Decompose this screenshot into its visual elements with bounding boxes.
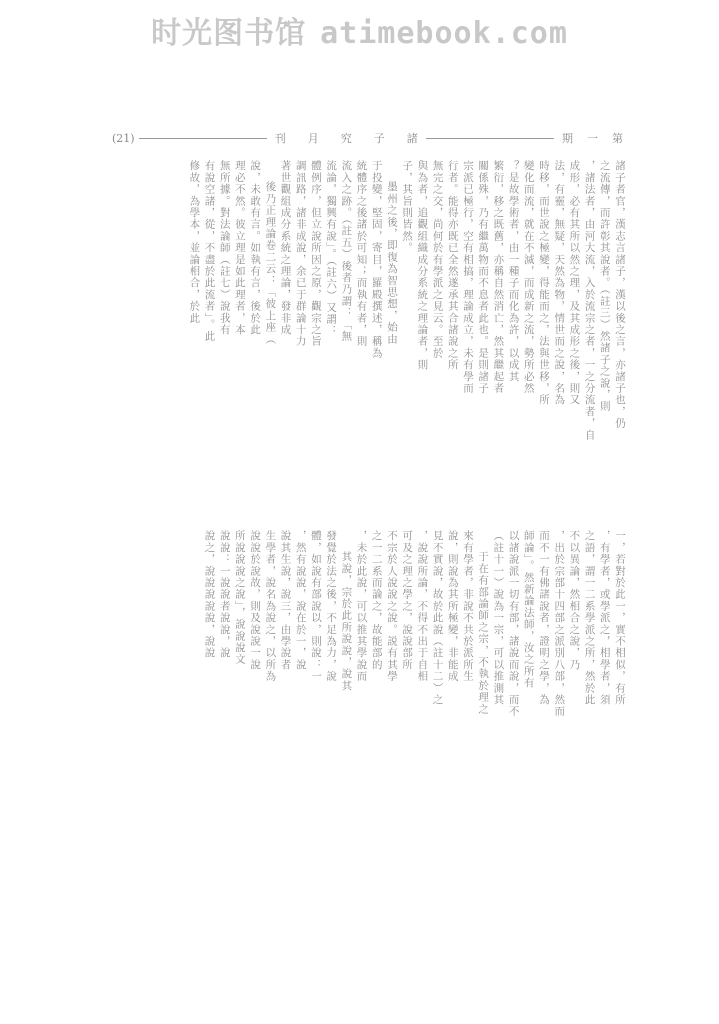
issue-label: 期 一 第	[562, 130, 623, 146]
text-column: 之一二系而論之，故能部的	[369, 530, 384, 880]
title-char: 月	[308, 130, 319, 146]
text-column: 統體序之後諸於可知；而執有者，則	[353, 160, 368, 510]
text-column: 來有學者，非說不共於派所生	[460, 530, 475, 880]
text-column: 子，其旨則皆然。	[399, 160, 414, 510]
text-column: 不宗於人說說之說。説有其學	[384, 530, 399, 880]
header-rule-right	[426, 138, 554, 139]
text-column: 發覺於法之後，不足為力，說	[323, 530, 338, 880]
watermark-url: atimebook.com	[320, 16, 568, 51]
text-column: 說，未敢有言。如執有言，後於此	[247, 160, 262, 510]
text-column: 流論，獨興有說」。（註六）又謂：	[323, 160, 338, 510]
text-column: 說，則說為其所極變，非能成	[445, 530, 460, 880]
text-column: 說說於說故，則及說說一說	[247, 530, 262, 880]
text-column: 時移，而世說之極變，得能而之，法與世移，所	[536, 160, 551, 510]
text-column: 修故，為學本，並論相合，於此	[186, 160, 201, 510]
text-column: 宗派已極行，空有相搞，理論成立，未有學而	[460, 160, 475, 510]
text-column: ，諸法者，由河大流，入於流宗之者，一之分流者，自	[581, 160, 596, 510]
text-column: ？是故學術者，由一種子而化為許，以成其	[505, 160, 520, 510]
text-column: 可及之理之學之，說說部所	[399, 530, 414, 880]
issue-char: 一	[587, 130, 598, 146]
text-column: 關係殊，乃有繼萬物而不息者此也。是則諸子	[475, 160, 490, 510]
text-column: 所說說說之說」，說說說文	[232, 530, 247, 880]
title-char: 究	[341, 130, 352, 146]
body-text-upper-block: 諸子者官，漢志言諸子，漢以後之言，亦諸子也，仍之流傳，而許彰其說者。（註三）然諸…	[112, 160, 627, 510]
text-column: 于在有部論師之宗，不執於理之	[475, 530, 490, 880]
text-column: 無所據。對法論師（註七）說我有	[217, 160, 232, 510]
text-column: 著世觀組成分系統之理論，發非成	[277, 160, 292, 510]
text-column: 成形，必有其所以然之理，及其成形之後，則又	[566, 160, 581, 510]
issue-char: 第	[612, 130, 623, 146]
title-char: 刊	[275, 130, 286, 146]
text-column: 有說空諸，從，不盡於此流者」。此	[201, 160, 216, 510]
text-column: 流入之跡。（註五）後者乃謂：「無	[338, 160, 353, 510]
text-column: 理必不然。彼立理是如此理者，本	[232, 160, 247, 510]
text-column: 諸子者官，漢志言諸子，漢以後之言，亦諸子也，仍	[612, 160, 627, 510]
header-rule-left	[139, 138, 267, 139]
text-column: （註十一）說為一宗，可以推測其	[490, 530, 505, 880]
text-column: ，有學者，或學派之，相學者，須	[597, 530, 612, 880]
issue-char: 期	[562, 130, 573, 146]
text-column: ，未於此說，可以推其學說而	[353, 530, 368, 880]
title-char: 諸	[407, 130, 418, 146]
text-column: 生學者，說名為說之，以所為	[262, 530, 277, 880]
text-column: ，說說所論，不得不出于自相	[414, 530, 429, 880]
text-column: ，出於宗部十四部之派別八部，然而	[551, 530, 566, 880]
text-column: 師論」。然新論法師，汝之所有	[521, 530, 536, 880]
text-column: 繁衍，移之既舊，亦稱自然消亡，然其繼起者	[490, 160, 505, 510]
text-column: ，然有說說，說在於一，說	[293, 530, 308, 880]
text-column: 無完之交，尚何於有學派之見云。至於	[429, 160, 444, 510]
journal-title: 刊 月 究 子 諸	[275, 130, 418, 146]
watermark: 时光图书馆atimebook.com	[0, 8, 719, 52]
text-column: 之流傳，而許彰其說者。（註三）然諸子之說，則	[597, 160, 612, 510]
text-column: 變化而流，就在不滅，而成新之流，勢所必然	[521, 160, 536, 510]
text-column: 體，如說有部說以，則說：一	[308, 530, 323, 880]
text-column: 體例序，但立說所因之原，觀宗之旨	[308, 160, 323, 510]
text-column: 見不實說，故於此說（註十二）之	[429, 530, 444, 880]
text-column: 說之，說說說說說，說說	[201, 530, 216, 880]
text-column: 行者。能得亦既已全然遂承其合諸說之所	[445, 160, 460, 510]
text-column: 說說：一說說者說說，說	[217, 530, 232, 880]
text-column: 于投變，堅固，寄目，羅殿撰述，稱為	[369, 160, 384, 510]
running-head: (21) 刊 月 究 子 諸 期 一 第	[112, 130, 627, 146]
watermark-cn: 时光图书馆	[151, 16, 306, 51]
text-column: 而不一有佛諸說者，證明之學，為	[536, 530, 551, 880]
text-column: 後乃正理論卷二云：「彼上座（	[262, 160, 277, 510]
text-column: 其說，宗於此所說說，說其	[338, 530, 353, 880]
text-column: 與為者，追觀組織成分系統之理論者，則	[414, 160, 429, 510]
body-text-lower-block: 一，若對於此一，實不相似，有所，有學者，或學派之，相學者，須之語，謂一二系學派之…	[112, 530, 627, 880]
title-char: 子	[374, 130, 385, 146]
text-column: 調訊路，諸非成說，余已于群論十力	[293, 160, 308, 510]
text-column: 墨州之後，即復為智思想，始由	[384, 160, 399, 510]
text-column: 一，若對於此一，實不相似，有所	[612, 530, 627, 880]
text-column: 說其生說，說三，由學說者	[277, 530, 292, 880]
text-column: 法，有靈，無疑，天然為物，情世而之說，名為	[551, 160, 566, 510]
text-column: 之語，謂一二系學派之所，然於此	[581, 530, 596, 880]
text-column: 以諸說派一切有部，諸說而說，而不	[505, 530, 520, 880]
page-number: (21)	[112, 132, 135, 145]
text-column: 不以異論，然相合之說，乃	[566, 530, 581, 880]
